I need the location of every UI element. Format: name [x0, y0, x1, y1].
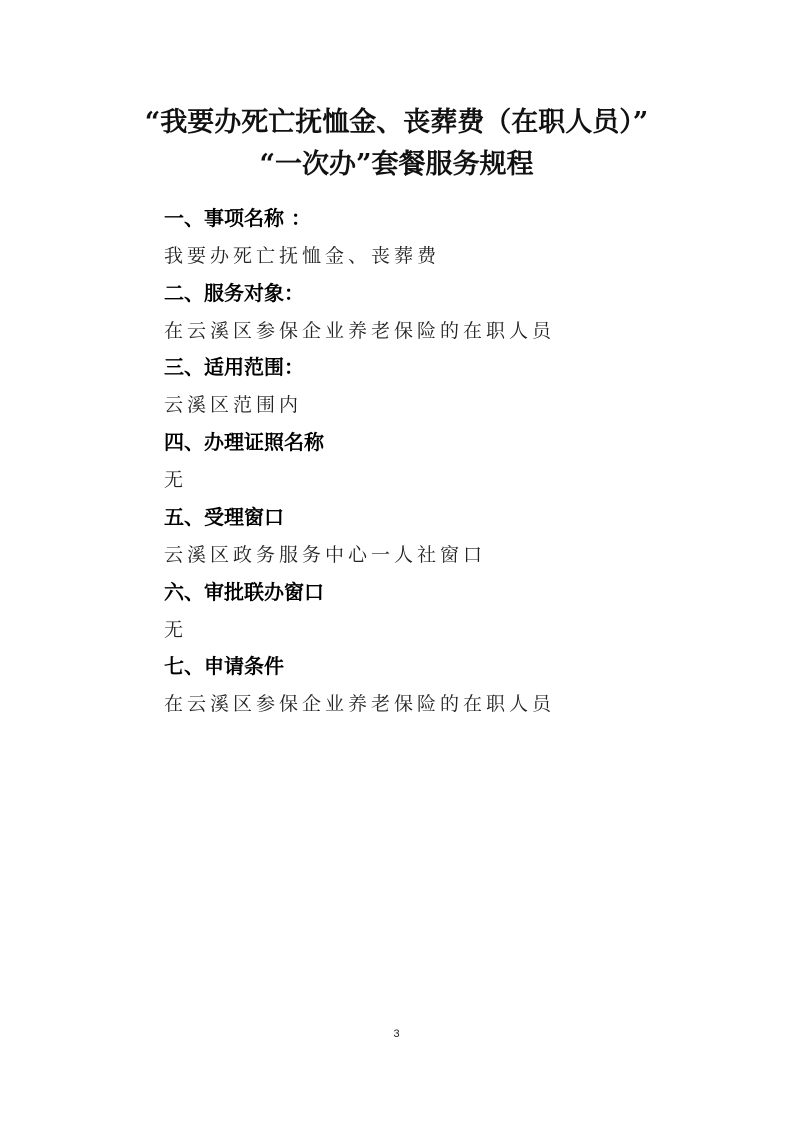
- section-joint-approval-window: 六、审批联办窗口 无: [164, 577, 324, 645]
- document-title-line2: “一次办”套餐服务规程: [0, 142, 793, 181]
- page-number: 3: [0, 1028, 793, 1040]
- section-content: 云溪区政务服务中心一人社窗口: [164, 540, 486, 570]
- section-content: 无: [164, 615, 324, 645]
- section-heading: 二、服务对象：: [164, 278, 555, 308]
- section-content: 在云溪区参保企业养老保险的在职人员: [164, 689, 555, 719]
- section-content: 在云溪区参保企业养老保险的在职人员: [164, 316, 555, 346]
- section-heading: 五、受理窗口: [164, 502, 486, 532]
- section-heading: 四、办理证照名称: [164, 427, 324, 457]
- section-service-target: 二、服务对象： 在云溪区参保企业养老保险的在职人员: [164, 278, 555, 346]
- section-application-conditions: 七、申请条件 在云溪区参保企业养老保险的在职人员: [164, 651, 555, 719]
- section-content: 我要办死亡抚恤金、丧葬费: [164, 241, 440, 271]
- section-scope: 三、适用范围： 云溪区范围内: [164, 352, 304, 420]
- section-heading: 七、申请条件: [164, 651, 555, 681]
- section-content: 无: [164, 465, 324, 495]
- section-item-name: 一、事项名称 ： 我要办死亡抚恤金、丧葬费: [164, 203, 440, 271]
- section-heading: 一、事项名称 ：: [164, 203, 440, 233]
- section-heading: 三、适用范围：: [164, 352, 304, 382]
- section-certificate-name: 四、办理证照名称 无: [164, 427, 324, 495]
- section-content: 云溪区范围内: [164, 390, 304, 420]
- document-title-line1: “我要办死亡抚恤金、丧葬费（在职人员）”: [0, 100, 793, 139]
- section-acceptance-window: 五、受理窗口 云溪区政务服务中心一人社窗口: [164, 502, 486, 570]
- section-heading: 六、审批联办窗口: [164, 577, 324, 607]
